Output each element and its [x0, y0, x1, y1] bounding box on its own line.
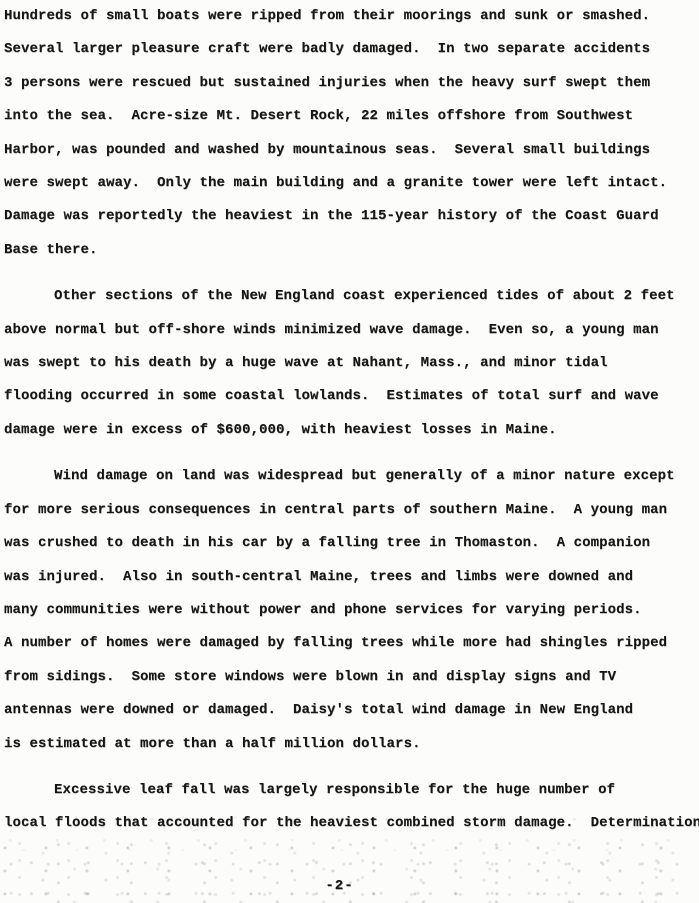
paragraph: Excessive leaf fall was largely responsi… — [4, 774, 699, 841]
paragraph: Hundreds of small boats were ripped from… — [4, 0, 699, 267]
text-line: for more serious consequences in central… — [4, 494, 699, 527]
text-line: into the sea. Acre-size Mt. Desert Rock,… — [4, 100, 699, 133]
text-line: many communities were without power and … — [4, 594, 699, 627]
page-number: -2- — [0, 878, 679, 894]
text-line: antennas were downed or damaged. Daisy's… — [4, 694, 699, 727]
text-line: was swept to his death by a huge wave at… — [4, 347, 699, 380]
text-line: from sidings. Some store windows were bl… — [4, 661, 699, 694]
text-line: Damage was reportedly the heaviest in th… — [4, 200, 699, 233]
paragraph: Other sections of the New England coast … — [4, 280, 699, 447]
text-line: 3 persons were rescued but sustained inj… — [4, 67, 699, 100]
paragraph: Wind damage on land was widespread but g… — [4, 460, 699, 761]
text-line: Wind damage on land was widespread but g… — [4, 460, 699, 493]
text-line: Base there. — [4, 234, 699, 267]
document-page: Hundreds of small boats were ripped from… — [0, 0, 699, 903]
text-line: was injured. Also in south-central Maine… — [4, 561, 699, 594]
text-line: Several larger pleasure craft were badly… — [4, 33, 699, 66]
text-line: A number of homes were damaged by fallin… — [4, 627, 699, 660]
text-line: was crushed to death in his car by a fal… — [4, 527, 699, 560]
text-line: Hundreds of small boats were ripped from… — [4, 0, 699, 33]
text-line: damage were in excess of $600,000, with … — [4, 414, 699, 447]
text-line: Excessive leaf fall was largely responsi… — [4, 774, 699, 807]
text-line: Harbor, was pounded and washed by mounta… — [4, 134, 699, 167]
text-line: Other sections of the New England coast … — [4, 280, 699, 313]
text-line: were swept away. Only the main building … — [4, 167, 699, 200]
text-line: is estimated at more than a half million… — [4, 728, 699, 761]
text-line: flooding occurred in some coastal lowlan… — [4, 380, 699, 413]
text-line: local floods that accounted for the heav… — [4, 807, 699, 840]
text-line: above normal but off-shore winds minimiz… — [4, 314, 699, 347]
document-body: Hundreds of small boats were ripped from… — [4, 0, 699, 841]
